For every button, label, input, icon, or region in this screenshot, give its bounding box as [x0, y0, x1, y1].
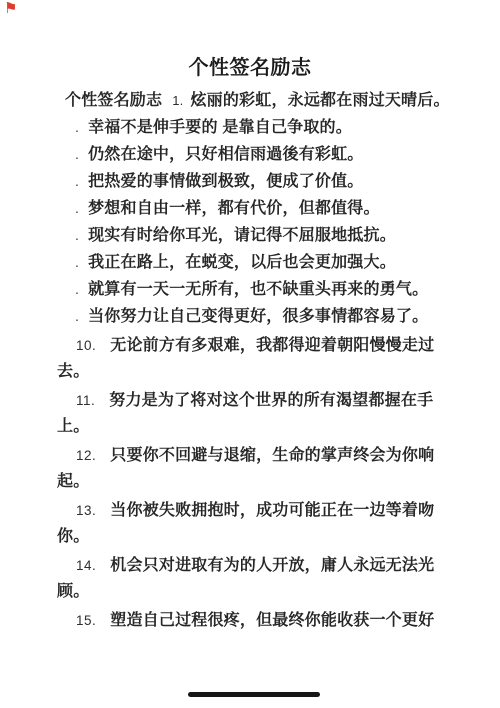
numbered-item-first-line: 10.无论前方有多艰难，我都得迎着朝阳慢慢走过 — [57, 333, 460, 359]
numbered-item-first-line: 13.当你被失败拥抱时，成功可能正在一边等着吻 — [57, 498, 460, 524]
dot-list: .幸福不是伸手要的 是靠自己争取的。.仍然在途中，只好相信雨過後有彩虹。.把热爱… — [57, 114, 460, 330]
item-number: 12. — [76, 448, 96, 463]
numbered-item: 14.机会只对进取有为的人开放，庸人永远无法光顾。 — [57, 553, 460, 605]
list-item: .我正在路上，在蜕变，以后也会更加强大。 — [57, 249, 460, 276]
quote-text: 机会只对进取有为的人开放，庸人永远无法光 — [110, 557, 434, 574]
numbered-item: 10.无论前方有多艰难，我都得迎着朝阳慢慢走过去。 — [57, 333, 460, 385]
numbered-item: 12.只要你不回避与退缩，生命的掌声终会为你响起。 — [57, 443, 460, 495]
quote-text: 只要你不回避与退缩，生命的掌声终会为你响 — [110, 447, 434, 464]
item-dot-marker: . — [75, 168, 79, 194]
home-indicator-bar — [188, 692, 320, 697]
intro-quote-text: 炫丽的彩虹，永远都在雨过天晴后。 — [190, 92, 449, 109]
item-dot-marker: . — [75, 222, 79, 248]
quote-text-continuation: 去。 — [57, 359, 460, 385]
quote-text: 我正在路上，在蜕变，以后也会更加强大。 — [88, 254, 396, 271]
item-dot-marker: . — [75, 303, 79, 329]
intro-prefix: 个性签名励志 — [65, 92, 162, 109]
quote-text: 现实有时给你耳光，请记得不屈服地抵抗。 — [88, 227, 396, 244]
list-item: .就算有一天一无所有，也不缺重头再来的勇气。 — [57, 276, 460, 303]
quote-text: 就算有一天一无所有，也不缺重头再来的勇气。 — [88, 281, 428, 298]
document-body: 个性签名励志 个性签名励志1.炫丽的彩虹，永远都在雨过天晴后。 .幸福不是伸手要… — [0, 0, 500, 634]
numbered-item-first-line: 15.塑造自己过程很疼，但最终你能收获一个更好 — [57, 608, 460, 634]
quote-text-continuation: 起。 — [57, 469, 460, 495]
list-item: .幸福不是伸手要的 是靠自己争取的。 — [57, 114, 460, 141]
intro-line: 个性签名励志1.炫丽的彩虹，永远都在雨过天晴后。 — [57, 88, 460, 114]
quote-text: 幸福不是伸手要的 是靠自己争取的。 — [88, 119, 352, 136]
item-dot-marker: . — [75, 141, 79, 167]
quote-text: 当你努力让自己变得更好，很多事情都容易了。 — [88, 308, 428, 325]
item-number: 11. — [76, 393, 95, 408]
numbered-list: 10.无论前方有多艰难，我都得迎着朝阳慢慢走过去。11.努力是为了将对这个世界的… — [57, 333, 460, 634]
quote-text-continuation: 顾。 — [57, 579, 460, 605]
quote-text: 努力是为了将对这个世界的所有渴望都握在手 — [109, 392, 433, 409]
item-number: 10. — [76, 338, 96, 353]
list-item: .现实有时给你耳光，请记得不屈服地抵抗。 — [57, 222, 460, 249]
item-dot-marker: . — [75, 114, 79, 140]
list-item: .仍然在途中，只好相信雨過後有彩虹。 — [57, 141, 460, 168]
list-item: .梦想和自由一样，都有代价，但都值得。 — [57, 195, 460, 222]
quote-list: 个性签名励志1.炫丽的彩虹，永远都在雨过天晴后。 .幸福不是伸手要的 是靠自己争… — [57, 88, 460, 634]
document-page: ⚑ 个性签名励志 个性签名励志1.炫丽的彩虹，永远都在雨过天晴后。 .幸福不是伸… — [0, 0, 500, 708]
list-item: .把热爱的事情做到极致，便成了价值。 — [57, 168, 460, 195]
red-flag-icon: ⚑ — [4, 1, 17, 17]
item-number: 14. — [76, 558, 96, 573]
numbered-item-first-line: 12.只要你不回避与退缩，生命的掌声终会为你响 — [57, 443, 460, 469]
item-dot-marker: . — [75, 249, 79, 275]
numbered-item: 15.塑造自己过程很疼，但最终你能收获一个更好 — [57, 608, 460, 634]
numbered-item-first-line: 11.努力是为了将对这个世界的所有渴望都握在手 — [57, 388, 460, 414]
quote-text-continuation: 上。 — [57, 414, 460, 440]
item-dot-marker: . — [75, 276, 79, 302]
item-dot-marker: . — [75, 195, 79, 221]
intro-item-number: 1. — [172, 93, 183, 108]
item-number: 15. — [76, 613, 96, 628]
quote-text: 塑造自己过程很疼，但最终你能收获一个更好 — [110, 612, 434, 629]
item-number: 13. — [76, 503, 96, 518]
numbered-item-first-line: 14.机会只对进取有为的人开放，庸人永远无法光 — [57, 553, 460, 579]
list-item: .当你努力让自己变得更好，很多事情都容易了。 — [57, 303, 460, 330]
quote-text: 当你被失败拥抱时，成功可能正在一边等着吻 — [110, 502, 434, 519]
numbered-item: 11.努力是为了将对这个世界的所有渴望都握在手上。 — [57, 388, 460, 440]
quote-text: 把热爱的事情做到极致，便成了价值。 — [88, 173, 363, 190]
page-title: 个性签名励志 — [0, 56, 500, 80]
quote-text-continuation: 你。 — [57, 524, 460, 550]
quote-text: 无论前方有多艰难，我都得迎着朝阳慢慢走过 — [110, 337, 434, 354]
quote-text: 仍然在途中，只好相信雨過後有彩虹。 — [88, 146, 363, 163]
quote-text: 梦想和自由一样，都有代价，但都值得。 — [88, 200, 380, 217]
numbered-item: 13.当你被失败拥抱时，成功可能正在一边等着吻你。 — [57, 498, 460, 550]
